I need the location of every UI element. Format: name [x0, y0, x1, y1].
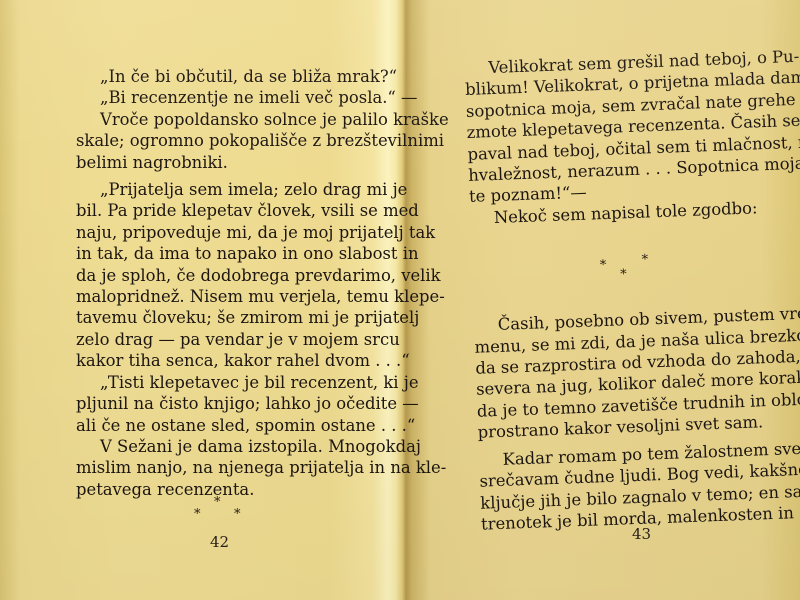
text-line: ali če ne ostane sled, spomin ostane . .…	[76, 415, 366, 436]
paragraph: „Bi recenzentje ne imeli več posla.“ —	[76, 87, 366, 108]
paragraph-cont: pljunil na čisto knjigo; lahko jo očedit…	[76, 393, 366, 436]
paragraph: „Prijatelja sem imela; zelo drag mi je	[76, 179, 366, 200]
text-line: in tak, da ima to napako in ono slabost …	[76, 243, 366, 264]
left-page-text: „In če bi občutil, da se bliža mrak?“ „B…	[76, 66, 366, 500]
paragraph-cont: menu, se mi zdi, da je naša ulica brezko…	[474, 326, 776, 444]
text-line: „Bi recenzentje ne imeli več posla.“ —	[76, 87, 366, 108]
book-spread: „In če bi občutil, da se bliža mrak?“ „B…	[0, 0, 800, 600]
asterisk-icon: *	[600, 259, 607, 272]
asterisk-icon: *	[642, 253, 649, 266]
paragraph-cont: skale; ogromno pokopališče z brezšteviln…	[76, 130, 366, 173]
text-line: da je sploh, če dodobrega prevdarimo, ve…	[76, 265, 366, 286]
text-line: V Sežani je dama izstopila. Mnogokdaj	[76, 436, 366, 457]
section-break-asterism: * * *	[597, 251, 658, 283]
text-line: belimi nagrobniki.	[76, 152, 366, 173]
asterisk-icon: *	[234, 508, 241, 521]
text-line: zelo drag — pa vendar je v mojem srcu	[76, 329, 366, 350]
paragraph: „In če bi občutil, da se bliža mrak?“	[76, 66, 366, 87]
paragraph: Vroče popoldansko solnce je palilo krašk…	[76, 109, 366, 130]
paragraph-cont: bil. Pa pride klepetav človek, vsili se …	[76, 200, 366, 371]
asterisk-icon: *	[214, 496, 221, 509]
text-line: pljunil na čisto knjigo; lahko jo očedit…	[76, 393, 366, 414]
text-line: malopridnež. Nisem mu verjela, temu klep…	[76, 286, 366, 307]
text-line: „In če bi občutil, da se bliža mrak?“	[76, 66, 366, 87]
text-line: mislim nanjo, na njenega prijatelja in n…	[76, 457, 366, 478]
text-line: bil. Pa pride klepetav človek, vsili se …	[76, 200, 366, 221]
text-line: skale; ogromno pokopališče z brezšteviln…	[76, 130, 366, 151]
right-page-text: Velikokrat sem grešil nad teboj, o Pu- b…	[464, 47, 779, 535]
text-line: naju, pripoveduje mi, da je moj prijatel…	[76, 222, 366, 243]
page-number: 43	[632, 525, 651, 543]
left-page: „In če bi občutil, da se bliža mrak?“ „B…	[0, 0, 400, 600]
paragraph: V Sežani je dama izstopila. Mnogokdaj	[76, 436, 366, 457]
right-page: Velikokrat sem grešil nad teboj, o Pu- b…	[410, 0, 800, 600]
paragraph-cont: mislim nanjo, na njenega prijatelja in n…	[76, 457, 366, 500]
text-line: tavemu človeku; še zmirom mi je prijatel…	[76, 307, 366, 328]
asterisk-icon: *	[194, 508, 201, 521]
text-line: kakor tiha senca, kakor rahel dvom . . .…	[76, 350, 366, 371]
paragraph: „Tisti klepetavec je bil recenzent, ki j…	[76, 372, 366, 393]
text-line: „Prijatelja sem imela; zelo drag mi je	[76, 179, 366, 200]
paragraph-cont: blikum! Velikokrat, o prijetna mlada dam…	[465, 68, 768, 207]
section-break-asterism: * * *	[190, 496, 250, 526]
text-line: Vroče popoldansko solnce je palilo krašk…	[76, 109, 366, 130]
paragraph-cont: srečavam čudne ljudi. Bog vedi, kakšno n…	[479, 460, 779, 535]
page-number: 42	[210, 533, 229, 551]
text-line: „Tisti klepetavec je bil recenzent, ki j…	[76, 372, 366, 393]
asterisk-icon: *	[620, 268, 627, 281]
